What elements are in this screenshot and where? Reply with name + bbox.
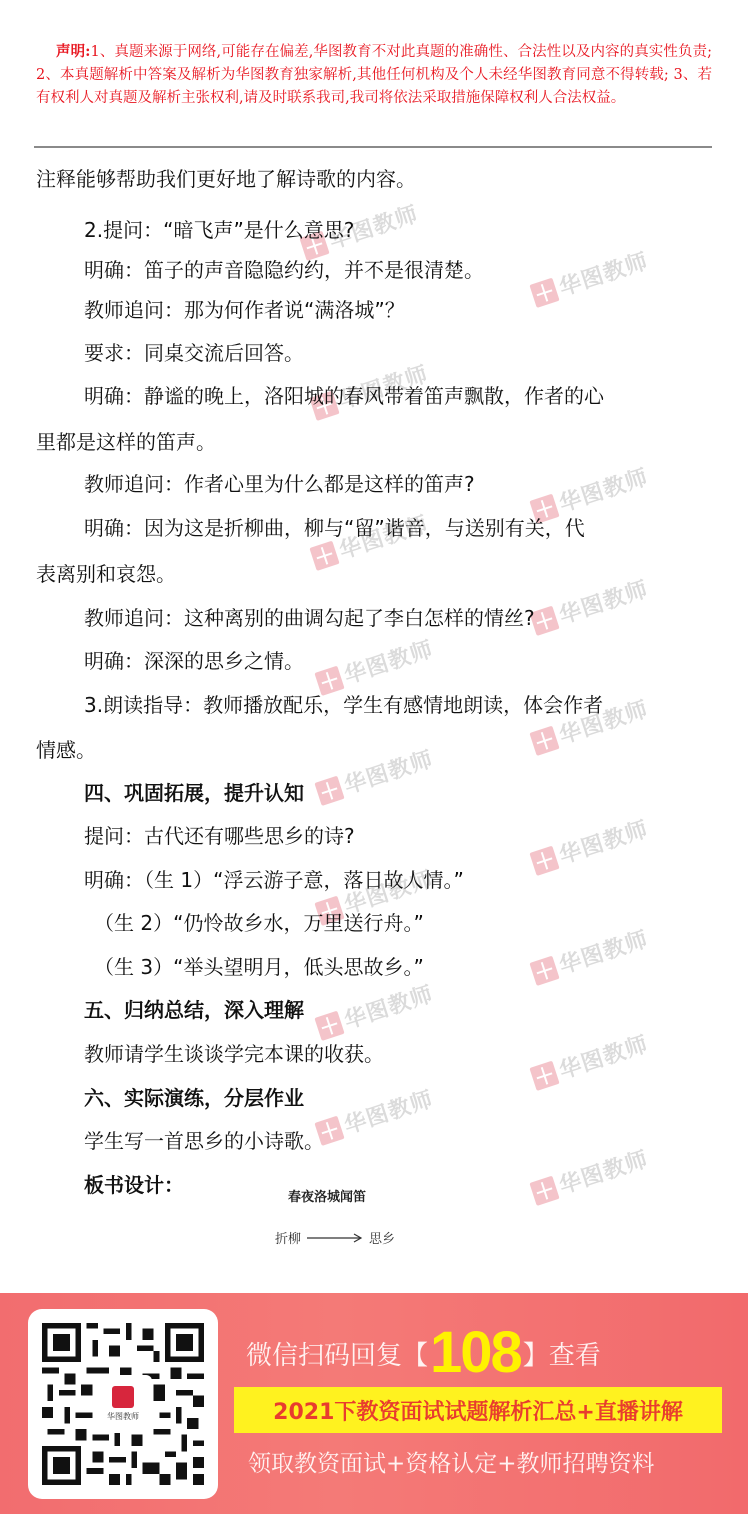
scan-instruction: 微信扫码回复【 108 】查看 — [246, 1323, 601, 1383]
board-right-term: 思乡 — [369, 1228, 395, 1247]
watermark: 华图教师 — [528, 572, 652, 639]
watermark-logo-icon — [529, 1175, 559, 1205]
paragraph-line: 教师追问：这种离别的曲调勾起了李白怎样的情丝? — [84, 606, 535, 630]
paragraph-line: 教师追问：作者心里为什么都是这样的笛声? — [84, 472, 475, 496]
paragraph-line: 明确：因为这是折柳曲，柳与“留”谐音，与送别有关，代 — [84, 516, 585, 540]
paragraph-line: 2.提问：“暗飞声”是什么意思? — [84, 218, 354, 242]
watermark: 华图教师 — [528, 1027, 652, 1094]
board-diagram: 折柳 思乡 — [275, 1228, 395, 1247]
watermark-logo-icon — [309, 540, 339, 570]
header-divider — [34, 146, 712, 148]
watermark-logo-icon — [529, 1060, 559, 1090]
watermark: 华图教师 — [313, 977, 437, 1044]
watermark: 华图教师 — [528, 1142, 652, 1209]
paragraph-line: 情感。 — [36, 738, 96, 762]
watermark-logo-icon — [314, 665, 344, 695]
arrow-right-icon — [307, 1233, 363, 1243]
promo-banner[interactable]: 华图教师 微信扫码回复【 108 】查看 2021下教资面试试题解析汇总+直播讲… — [0, 1293, 748, 1514]
board-left-term: 折柳 — [275, 1228, 301, 1247]
paragraph-line: 注释能够帮助我们更好地了解诗歌的内容。 — [36, 167, 416, 191]
paragraph-line: 教师追问：那为何作者说“满洛城”？ — [84, 298, 405, 322]
paragraph-line: 表离别和哀怨。 — [36, 562, 176, 586]
paragraph-line: 教师请学生谈谈学完本课的收获。 — [84, 1042, 384, 1066]
watermark: 华图教师 — [313, 632, 437, 699]
reply-code: 108 — [430, 1323, 521, 1383]
disclaimer-text: 1、真题来源于网络,可能存在偏差,华图教育不对此真题的准确性、合法性以及内容的真… — [36, 44, 712, 106]
watermark: 华图教师 — [313, 742, 437, 809]
section-heading: 四、巩固拓展，提升认知 — [84, 781, 304, 805]
paragraph-line: 明确：静谧的晚上，洛阳城的春风带着笛声飘散，作者的心 — [84, 384, 604, 408]
board-title: 春夜洛城闻笛 — [288, 1186, 366, 1205]
section-heading: 五、归纳总结，深入理解 — [84, 998, 304, 1022]
paragraph-line: （生 3）“举头望明月，低头思故乡。” — [94, 955, 424, 979]
qr-center-logo: 华图教师 — [94, 1375, 152, 1433]
paragraph-line: （生 2）“仍怜故乡水，万里送行舟。” — [94, 911, 424, 935]
watermark: 华图教师 — [528, 922, 652, 989]
watermark-logo-icon — [529, 955, 559, 985]
disclaimer-label: 声明: — [56, 43, 91, 60]
watermark-logo-icon — [529, 277, 559, 307]
watermark-logo-icon — [529, 725, 559, 755]
watermark-logo-icon — [529, 845, 559, 875]
section-heading: 六、实际演练，分层作业 — [84, 1086, 304, 1110]
paragraph-line: 明确：深深的思乡之情。 — [84, 649, 304, 673]
watermark-logo-icon — [314, 775, 344, 805]
paragraph-line: 3.朗读指导：教师播放配乐，学生有感情地朗读，体会作者 — [84, 693, 603, 717]
disclaimer: 声明:1、真题来源于网络,可能存在偏差,华图教育不对此真题的准确性、合法性以及内… — [36, 40, 712, 110]
watermark: 华图教师 — [528, 244, 652, 311]
paragraph-line: 要求：同桌交流后回答。 — [84, 341, 304, 365]
banner-subtitle: 领取教资面试+资格认定+教师招聘资料 — [248, 1445, 655, 1478]
board-design-label: 板书设计： — [84, 1173, 184, 1197]
paragraph-line: 学生写一首思乡的小诗歌。 — [84, 1129, 324, 1153]
highlight-bar[interactable]: 2021下教资面试试题解析汇总+直播讲解 — [234, 1387, 722, 1433]
paragraph-line: 里都是这样的笛声。 — [36, 430, 216, 454]
watermark-logo-icon — [314, 1010, 344, 1040]
paragraph-line: 明确：笛子的声音隐隐约约，并不是很清楚。 — [84, 258, 484, 282]
qr-card[interactable]: 华图教师 — [28, 1309, 218, 1499]
paragraph-line: 提问：古代还有哪些思乡的诗? — [84, 824, 355, 848]
brand-logo-icon — [112, 1386, 134, 1408]
watermark: 华图教师 — [313, 1082, 437, 1149]
paragraph-line: 明确：（生 1）“浮云游子意，落日故人情。” — [84, 868, 464, 892]
watermark: 华图教师 — [528, 812, 652, 879]
